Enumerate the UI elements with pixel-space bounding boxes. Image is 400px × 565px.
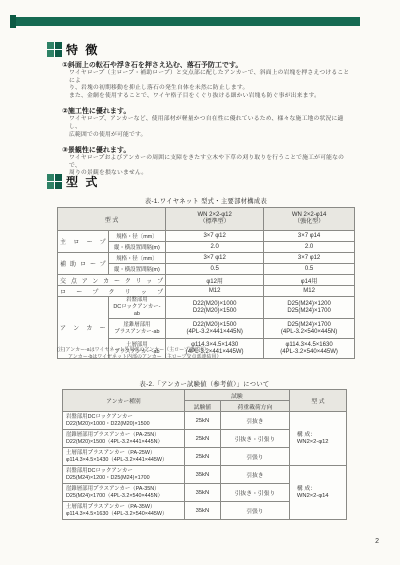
feature-text-line: り、岩塊の初期移動を抑止し落石の発生自体を未然に防止します。 <box>69 85 354 93</box>
feature-item: ①斜面上の転石や浮き石を押さえ込む、落石予防工です。 ワイヤロープ（主ロープ・補… <box>62 61 354 100</box>
table-row: 岩盤部用DCロックアンカー D22(M20)×1000・D22(M20)×150… <box>63 412 347 430</box>
header-cell: 型 式 <box>289 390 346 412</box>
icon-square <box>55 42 62 49</box>
anchor-type: 崖錐層部用プラスアンカー（PA-35N） <box>66 486 182 493</box>
feature-text-line: 周りの景観を損ないません。 <box>69 170 354 178</box>
value-cell: 2.0 <box>166 242 264 253</box>
table-row: 補助ロープ 規格・径〔mm〕 3×7 φ12 3×7 φ12 <box>58 253 355 264</box>
feature-item: ③景観性に優れます。 ワイヤロープおよびアンカーの周囲に支障をきたす立木や下草の… <box>62 146 354 178</box>
model-code: WN 2×2-φ12 <box>168 212 261 219</box>
value-cell: D22(M20)×1000 D22(M20)×1500 <box>166 297 264 319</box>
anchor-size: D25(M24)×1200・D25(M24)×1700 <box>66 475 182 482</box>
wire-net-spec-table: 型 式 WN 2×2-φ12 （標準型） WN 2×2-φ14 （強化型） 主ロ… <box>57 207 355 359</box>
value-cell: 3×7 φ12 <box>264 253 355 264</box>
label-cell: 縦・横設置間隔(m) <box>108 264 165 275</box>
table-row: アンカー 岩盤部用 DCロックアンカー-ab D22(M20)×1000 D22… <box>58 297 355 319</box>
model-code: WN2×2-φ14 <box>297 493 344 500</box>
model-type: （標準型） <box>168 219 261 226</box>
test-value-cell: 35kN <box>184 466 220 484</box>
table-row: ロープクリップ M12 M12 <box>58 286 355 297</box>
value-cell: D25(M24)×1200 D25(M24)×1700 <box>264 297 355 319</box>
header-cell: 荷重載荷方向 <box>220 401 289 412</box>
model-label: 構 成： <box>297 486 344 493</box>
anchor-type: 土層部用プラスアンカー（PA-25W） <box>66 450 182 457</box>
note-line: (注)アンカー-aはワイヤネット外周部のアンカー（主ロープ端部用） <box>57 347 222 354</box>
table2-title: 表-2.「アンカー試験値（参考値）」について <box>62 379 347 388</box>
anchor-product-label: プラスアンカー-ab <box>111 329 163 336</box>
anchor-spec: D25(M24)×1700 <box>266 308 352 315</box>
anchor-type-cell: 土層部用プラスアンカー（PA-35W） φ114.3×4.5×1630（4PL-… <box>63 502 185 520</box>
anchor-type-cell: 岩盤部用DCロックアンカー D22(M20)×1000・D22(M20)×150… <box>63 412 185 430</box>
anchor-spec: (4PL-3.2×441×445N) <box>168 329 261 336</box>
anchor-spec: D22(M20)×1500 <box>168 308 261 315</box>
load-direction-cell: 引張り <box>220 502 289 520</box>
icon-square <box>47 182 54 189</box>
table-row: アンカー種別 試験 型 式 <box>63 390 347 401</box>
header-cell: 試験値 <box>184 401 220 412</box>
model-code: WN2×2-φ12 <box>297 439 344 446</box>
value-cell: 3×7 φ12 <box>166 253 264 264</box>
features-list: ①斜面上の転石や浮き石を押さえ込む、落石予防工です。 ワイヤロープ（主ロープ・補… <box>62 61 354 185</box>
table-row: 交点アンカークリップ φ12用 φ14用 <box>58 275 355 286</box>
model-cell: 構 成： WN2×2-φ14 <box>289 466 346 520</box>
icon-square <box>55 182 62 189</box>
anchor-type-cell: 崖錐層部用プラスアンカー（PA-35N） D25(M24)×1700（4PL-3… <box>63 484 185 502</box>
icon-square <box>55 50 62 57</box>
anchor-use-label: 岩盤部用 <box>111 297 163 304</box>
icon-square <box>47 50 54 57</box>
anchor-spec: D22(M20)×1500 <box>168 322 261 329</box>
header-cell: アンカー種別 <box>63 390 185 412</box>
feature-text-line: 広範囲での使用が可能です。 <box>69 132 354 140</box>
test-value-cell: 25kN <box>184 430 220 448</box>
anchor-spec: (4PL-3.2×540×445N) <box>266 329 352 336</box>
feature-title: ①斜面上の転石や浮き石を押さえ込む、落石予防工です。 <box>62 61 354 70</box>
anchor-size: D22(M20)×1000・D22(M20)×1500 <box>66 421 182 428</box>
label-cell: 規格・径〔mm〕 <box>108 253 165 264</box>
table-row: 型 式 WN 2×2-φ12 （標準型） WN 2×2-φ14 （強化型） <box>58 208 355 231</box>
test-value-cell: 35kN <box>184 502 220 520</box>
test-value-cell: 25kN <box>184 412 220 430</box>
value-cell: 0.5 <box>166 264 264 275</box>
value-cell: D25(M24)×1700 (4PL-3.2×540×445N) <box>264 319 355 339</box>
test-value-cell: 35kN <box>184 484 220 502</box>
note-line: アンカー-bはワイヤネット内部のアンカー（主ロープ交点部連結用） <box>68 354 222 361</box>
value-cell: 0.5 <box>264 264 355 275</box>
anchor-size: D25(M24)×1700（4PL-3.2×540×445N） <box>66 493 182 500</box>
model-code: WN 2×2-φ14 <box>266 212 352 219</box>
icon-square <box>47 42 54 49</box>
anchor-size: D22(M20)×1500（4PL-3.2×441×445N） <box>66 439 182 446</box>
icon-square <box>55 174 62 181</box>
document-page: 特 徴 ①斜面上の転石や浮き石を押さえ込む、落石予防工です。 ワイヤロープ（主ロ… <box>0 0 400 565</box>
anchor-type-cell: 土層部用プラスアンカー（PA-25W） φ114.3×4.5×1430（4PL-… <box>63 448 185 466</box>
table1-title: 表-1.ワイヤネット 型式・主要部材構成表 <box>57 196 355 205</box>
group-cell: 補助ロープ <box>58 253 109 275</box>
anchor-spec: D25(M24)×1200 <box>266 301 352 308</box>
anchor-use-label: 崖錐層部用 <box>111 322 163 329</box>
model-cell: 構 成： WN2×2-φ12 <box>289 412 346 466</box>
label-cell: 交点アンカークリップ <box>58 275 166 286</box>
load-direction-cell: 引抜き・引張り <box>220 430 289 448</box>
value-cell: M12 <box>264 286 355 297</box>
value-cell: M12 <box>166 286 264 297</box>
label-cell: 縦・横設置間隔(m) <box>108 242 165 253</box>
green-bar-notch <box>10 15 16 28</box>
feature-title: ③景観性に優れます。 <box>62 146 354 155</box>
value-cell: 2.0 <box>264 242 355 253</box>
anchor-spec: D22(M20)×1000 <box>168 301 261 308</box>
table1-notes: (注)アンカー-aはワイヤネット外周部のアンカー（主ロープ端部用） アンカー-b… <box>57 347 222 360</box>
label-cell: 岩盤部用 DCロックアンカー-ab <box>108 297 165 319</box>
load-direction-cell: 引抜き <box>220 466 289 484</box>
value-cell: φ12用 <box>166 275 264 286</box>
anchor-size: φ114.3×4.5×1630（4PL-3.2×540×445W） <box>66 511 182 518</box>
anchor-spec: φ114.3×4.5×1630 <box>266 342 352 349</box>
anchor-type: 岩盤部用DCロックアンカー <box>66 414 182 421</box>
top-green-bar <box>10 17 360 26</box>
group-cell: 主ロープ <box>58 231 109 253</box>
features-section-heading: 特 徴 <box>47 41 99 58</box>
load-direction-cell: 引張り <box>220 448 289 466</box>
feature-text-line: ワイヤロープ、アンカーなど、使用部材が軽量かつ自在性に優れているため、様々な施工… <box>69 116 354 131</box>
header-cell: 試験 <box>184 390 289 401</box>
anchor-type-cell: 崖錐層部用プラスアンカー（PA-25N） D22(M20)×1500（4PL-3… <box>63 430 185 448</box>
green-squares-icon <box>47 42 62 57</box>
load-direction-cell: 引抜き・引張り <box>220 484 289 502</box>
features-heading-text: 特 徴 <box>66 41 99 58</box>
anchor-type: 土層部用プラスアンカー（PA-35W） <box>66 504 182 511</box>
table-row: 岩盤部用DCロックアンカー D25(M24)×1200・D25(M24)×170… <box>63 466 347 484</box>
anchor-type: 岩盤部用DCロックアンカー <box>66 468 182 475</box>
anchor-type: 崖錐層部用プラスアンカー（PA-25N） <box>66 432 182 439</box>
value-cell: D22(M20)×1500 (4PL-3.2×441×445N) <box>166 319 264 339</box>
test-value-cell: 25kN <box>184 448 220 466</box>
model-type: （強化型） <box>266 219 352 226</box>
anchor-type-cell: 岩盤部用DCロックアンカー D25(M24)×1200・D25(M24)×170… <box>63 466 185 484</box>
feature-text-line: ワイヤロープおよびアンカーの周囲に支障をきたす立木や下草の刈り取りを行うことで施… <box>69 155 354 170</box>
value-cell: 3×7 φ12 <box>166 231 264 242</box>
page-number: 2 <box>375 538 379 545</box>
feature-text-line: ワイヤロープ（主ロープ・補助ロープ）と交点部に配したアンカーで、斜面上の岩塊を押… <box>69 70 354 85</box>
header-cell: WN 2×2-φ12 （標準型） <box>166 208 264 231</box>
value-cell: φ14用 <box>264 275 355 286</box>
anchor-test-table: アンカー種別 試験 型 式 試験値 荷重載荷方向 岩盤部用DCロックアンカー D… <box>62 389 347 520</box>
icon-square <box>47 174 54 181</box>
anchor-product-label: DCロックアンカー-ab <box>111 304 163 318</box>
label-cell: ロープクリップ <box>58 286 166 297</box>
header-cell: 型 式 <box>58 208 166 231</box>
table-row: 主ロープ 規格・径〔mm〕 3×7 φ12 3×7 φ14 <box>58 231 355 242</box>
header-cell: WN 2×2-φ14 （強化型） <box>264 208 355 231</box>
value-cell: φ114.3×4.5×1630 (4PL-3.2×540×445W) <box>264 339 355 359</box>
anchor-size: φ114.3×4.5×1430（4PL-3.2×441×445W） <box>66 457 182 464</box>
anchor-spec: D25(M24)×1700 <box>266 322 352 329</box>
feature-item: ②施工性に優れます。 ワイヤロープ、アンカーなど、使用部材が軽量かつ自在性に優れ… <box>62 107 354 139</box>
models-section-heading: 型 式 <box>47 173 99 190</box>
value-cell: 3×7 φ14 <box>264 231 355 242</box>
anchor-spec: (4PL-3.2×540×445W) <box>266 349 352 356</box>
model-label: 構 成： <box>297 432 344 439</box>
green-squares-icon <box>47 174 62 189</box>
load-direction-cell: 引抜き <box>220 412 289 430</box>
models-heading-text: 型 式 <box>66 173 99 190</box>
label-cell: 規格・径〔mm〕 <box>108 231 165 242</box>
label-cell: 崖錐層部用 プラスアンカー-ab <box>108 319 165 339</box>
feature-text-line: また、金網を使用することで、ワイヤ格子目をくぐり抜ける細かい岩塊も防ぐ事が出来ま… <box>69 93 354 101</box>
